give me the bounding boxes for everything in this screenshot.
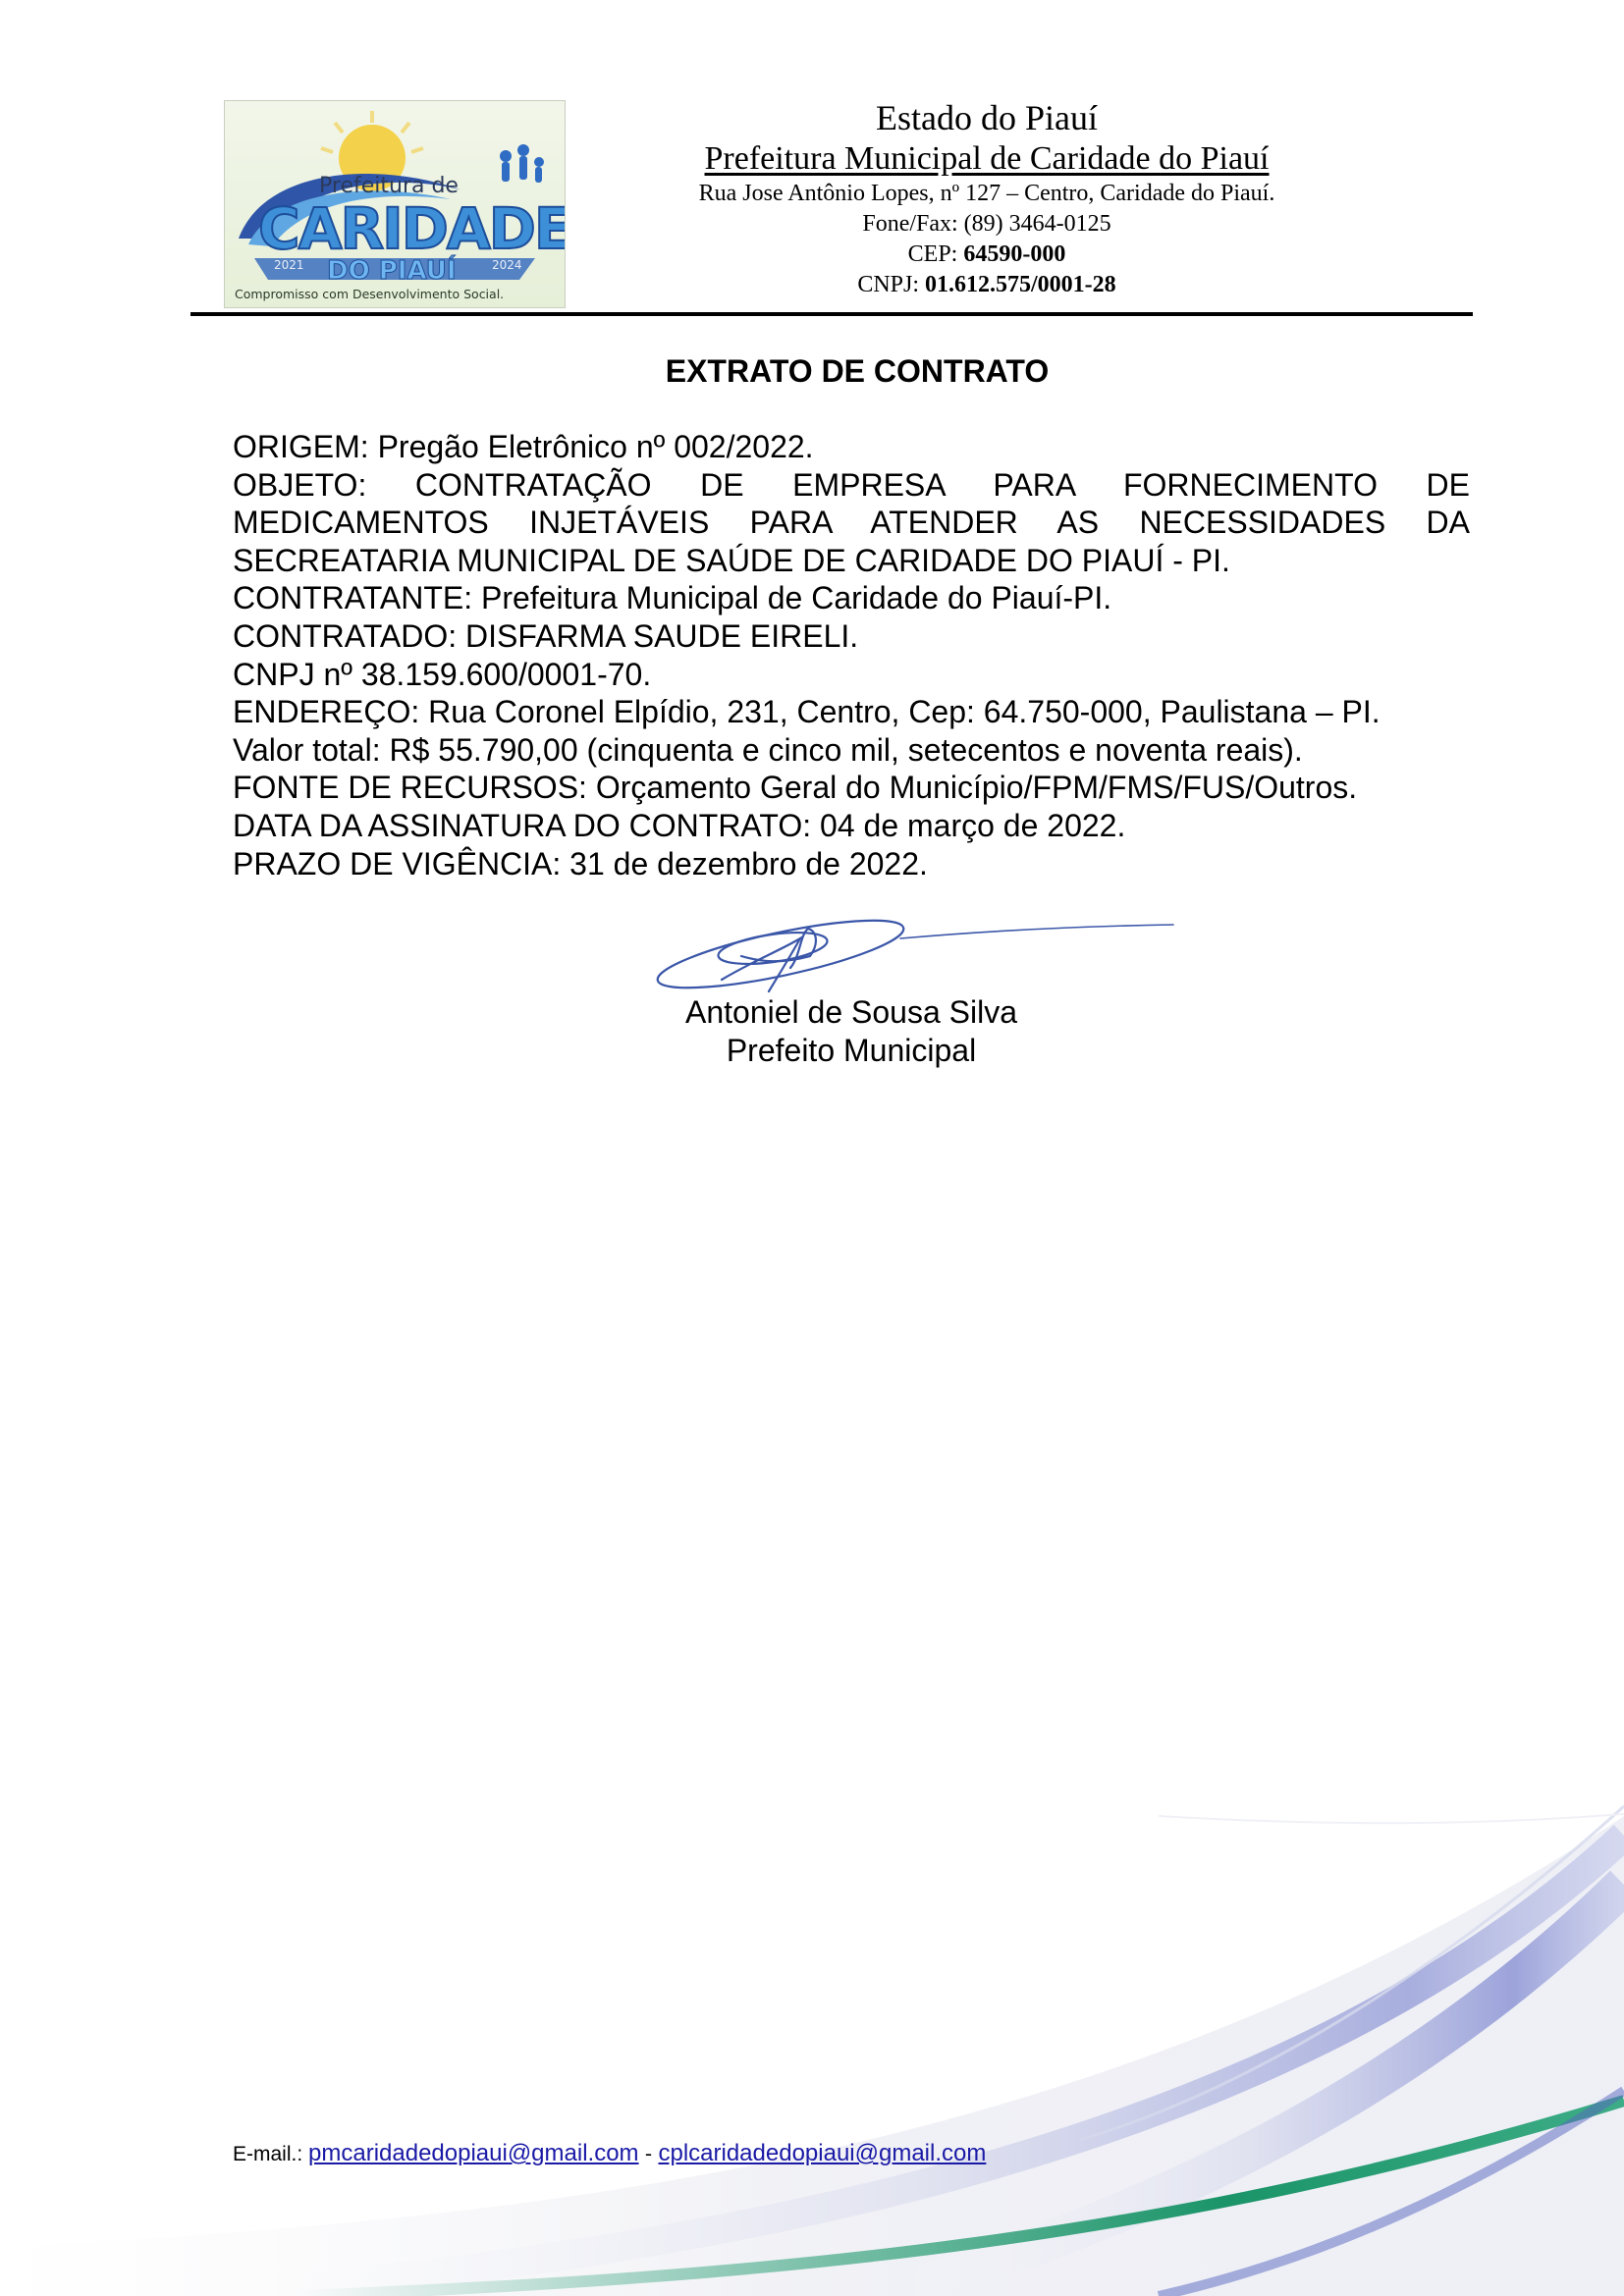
logo-tagline: Compromisso com Desenvolvimento Social. (235, 287, 504, 301)
cep-value: 64590-000 (963, 241, 1065, 267)
email-link-pm[interactable]: pmcaridadedopiaui@gmail.com (308, 2140, 639, 2166)
line-contratante: CONTRATANTE: Prefeitura Municipal de Car… (233, 579, 1470, 617)
contract-extract-body: ORIGEM: Pregão Eletrônico nº 002/2022. O… (233, 428, 1470, 882)
signatory-name: Antoniel de Sousa Silva (557, 993, 1146, 1032)
line-data-assinatura: DATA DA ASSINATURA DO CONTRATO: 04 de ma… (233, 807, 1470, 845)
header-divider (190, 312, 1473, 316)
logo-caridade-text: CARIDADE (258, 195, 566, 262)
logo-year-start: 2021 (274, 258, 304, 272)
document-title: EXTRATO DE CONTRATO (0, 353, 1624, 390)
line-endereco: ENDEREÇO: Rua Coronel Elpídio, 231, Cent… (233, 693, 1470, 731)
municipality-logo: Prefeitura de CARIDADE 2021 DO PIAUÍ 202… (224, 100, 566, 308)
cnpj-label: CNPJ: (857, 272, 925, 297)
email-separator: - (639, 2142, 659, 2165)
line-origem: ORIGEM: Pregão Eletrônico nº 002/2022. (233, 428, 1470, 466)
letterhead-phone: Fone/Fax: (89) 3464-0125 (628, 209, 1345, 240)
line-fonte: FONTE DE RECURSOS: Orçamento Geral do Mu… (233, 769, 1470, 807)
cnpj-value: 01.612.575/0001-28 (925, 272, 1116, 297)
letterhead-cep: CEP: 64590-000 (628, 240, 1345, 270)
logo-do-piaui-text: DO PIAUÍ (327, 256, 457, 286)
letterhead: Estado do Piauí Prefeitura Municipal de … (628, 96, 1345, 300)
line-objeto: OBJETO: CONTRATAÇÃO DE EMPRESA PARA FORN… (233, 466, 1470, 580)
line-valor: Valor total: R$ 55.790,00 (cinquenta e c… (233, 731, 1470, 770)
signatory: Antoniel de Sousa Silva Prefeito Municip… (557, 993, 1146, 1070)
cep-label: CEP: (908, 241, 964, 267)
email-label: E-mail.: (233, 2143, 308, 2165)
letterhead-address: Rua Jose Antônio Lopes, nº 127 – Centro,… (628, 179, 1345, 209)
signatory-role: Prefeito Municipal (557, 1032, 1146, 1070)
line-cnpj: CNPJ nº 38.159.600/0001-70. (233, 656, 1470, 694)
footer-contact: E-mail.: pmcaridadedopiaui@gmail.com - c… (233, 2140, 986, 2167)
line-contratado: CONTRATADO: DISFARMA SAUDE EIRELI. (233, 617, 1470, 656)
line-prazo: PRAZO DE VIGÊNCIA: 31 de dezembro de 202… (233, 845, 1470, 883)
letterhead-cnpj: CNPJ: 01.612.575/0001-28 (628, 270, 1345, 300)
email-link-cpl[interactable]: cplcaridadedopiaui@gmail.com (658, 2140, 986, 2166)
municipality-name: Prefeitura Municipal de Caridade do Piau… (628, 139, 1345, 179)
state-name: Estado do Piauí (628, 96, 1345, 139)
logo-year-end: 2024 (492, 258, 522, 272)
decorative-swoosh (0, 0, 1624, 2296)
